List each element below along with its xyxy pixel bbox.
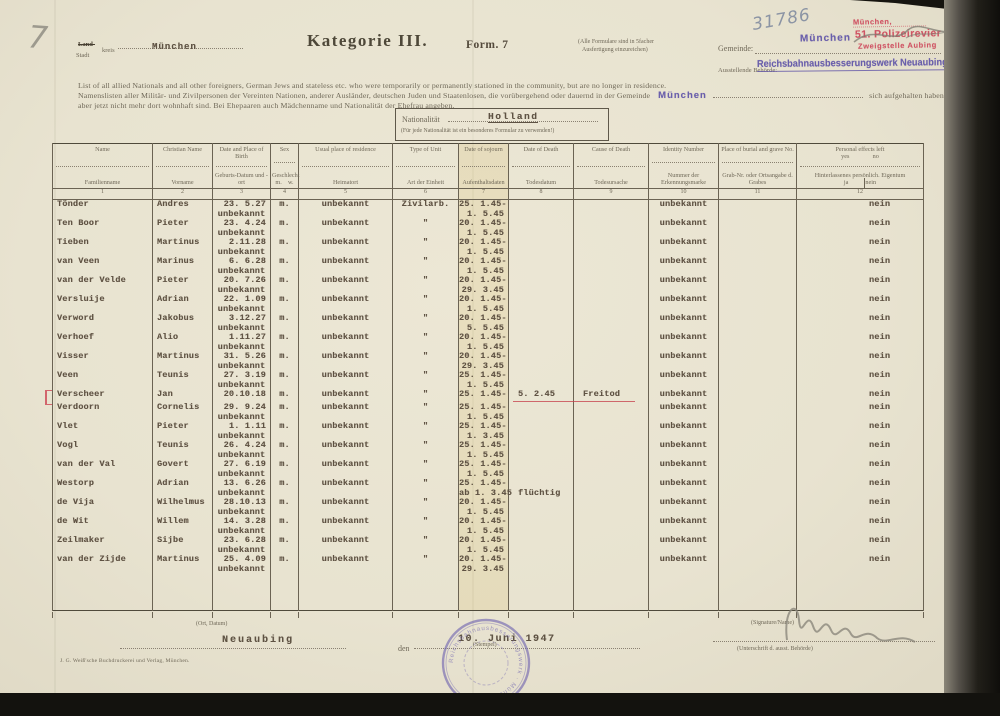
table-row: de VijaWilhelmus28.10.13unbekanntm.unbek… — [53, 498, 924, 517]
cell-firstname: Teunis — [153, 371, 213, 390]
cell-birth: 1.11.27unbekannt — [213, 333, 271, 352]
form-number: Form. 7 — [466, 39, 508, 51]
cell-sex: m. — [271, 441, 299, 460]
cell-burial — [719, 200, 797, 220]
cell-firstname: Pieter — [153, 276, 213, 295]
scanned-form-page: 7 Land- Stadt kreis München Kategorie II… — [0, 0, 1000, 716]
cell-effects: nein — [797, 371, 924, 390]
cell-unit: " — [393, 238, 459, 257]
cell-residence: unbekannt — [299, 333, 393, 352]
cell-sojourn: 25. 1.45-1. 5.45 — [459, 371, 509, 390]
cell-death-cause — [574, 333, 649, 352]
cell-firstname: Martinus — [153, 555, 213, 574]
handwritten-reference-number: 31786 — [751, 5, 813, 35]
district-kreis-label: kreis — [102, 47, 115, 55]
signature-sublabel: (Unterschrift d. ausst. Behörde) — [737, 646, 813, 653]
cell-sojourn: 25. 1.45-1. 5.45 — [459, 460, 509, 479]
cell-identity: unbekannt — [649, 498, 719, 517]
cell-burial — [719, 257, 797, 276]
column-header: Personal effects leftyes noHinterlassene… — [797, 144, 924, 189]
cell-identity: unbekannt — [649, 333, 719, 352]
cell-effects: nein — [797, 257, 924, 276]
cell-birth: 6. 6.28unbekannt — [213, 257, 271, 276]
district-value: München — [152, 42, 197, 52]
cell-identity: unbekannt — [649, 352, 719, 371]
nationality-note: (Für jede Nationalität ist ein besondere… — [401, 128, 554, 134]
cell-identity: unbekannt — [649, 403, 719, 422]
column-header: NameFamilienname — [53, 144, 153, 189]
cell-identity: unbekannt — [649, 200, 719, 220]
cell-burial — [719, 276, 797, 295]
copies-note-line1: (Alle Formulare sind in 5facher — [578, 39, 654, 46]
cell-identity: unbekannt — [649, 371, 719, 390]
cell-firstname: Pieter — [153, 219, 213, 238]
cell-effects: nein — [797, 352, 924, 371]
cell-sex: m. — [271, 517, 299, 536]
cell-death-date — [509, 441, 574, 460]
cell-death-date — [509, 517, 574, 536]
cell-death-cause — [574, 295, 649, 314]
table-row: van VeenMarinus6. 6.28unbekanntm.unbekan… — [53, 257, 924, 276]
cell-residence: unbekannt — [299, 276, 393, 295]
printer-imprint: J. G. Weiß'sche Buchdruckerei und Verlag… — [60, 658, 190, 664]
cell-death-cause — [574, 257, 649, 276]
cell-surname: Tieben — [53, 238, 153, 257]
cell-firstname: Govert — [153, 460, 213, 479]
cell-sojourn: 20. 1.45-1. 5.45 — [459, 257, 509, 276]
cell-firstname: Adrian — [153, 479, 213, 498]
cell-burial — [719, 333, 797, 352]
cell-residence: unbekannt — [299, 257, 393, 276]
cell-effects: nein — [797, 403, 924, 422]
cell-sex: m. — [271, 555, 299, 574]
cell-sex: m. — [271, 536, 299, 555]
table-row: ZeilmakerSijbe23. 6.28unbekanntm.unbekan… — [53, 536, 924, 555]
cell-sojourn: 25. 1.45-1. 3.45 — [459, 422, 509, 441]
cell-effects: nein — [797, 460, 924, 479]
cell-residence: unbekannt — [299, 371, 393, 390]
cell-residence: unbekannt — [299, 555, 393, 574]
cell-unit: " — [393, 257, 459, 276]
intro-muenchen-stamp: München — [658, 91, 707, 100]
nationality-value: Holland — [488, 111, 538, 123]
cell-sojourn: 25. 1.45-ab 1. 3.45 — [459, 479, 509, 498]
cell-birth: 25. 4.09unbekannt — [213, 555, 271, 574]
cell-burial — [719, 536, 797, 555]
cell-unit: " — [393, 352, 459, 371]
cell-death-date — [509, 219, 574, 238]
cell-death-cause — [574, 498, 649, 517]
cell-sojourn: 20. 1.45-1. 5.45 — [459, 517, 509, 536]
cell-effects: nein — [797, 333, 924, 352]
cell-sex: m. — [271, 200, 299, 220]
district-struck-label: Land- — [78, 41, 95, 49]
cell-sojourn: 20. 1.45-1. 5.45 — [459, 295, 509, 314]
cell-firstname: Cornelis — [153, 403, 213, 422]
column-number: 8 — [509, 189, 574, 200]
cell-death-cause: Freitod — [574, 390, 649, 403]
cell-death-cause — [574, 460, 649, 479]
cell-death-cause — [574, 219, 649, 238]
cell-death-cause — [574, 422, 649, 441]
district-stadt-label: Stadt — [76, 52, 89, 60]
cell-residence: unbekannt — [299, 498, 393, 517]
table-row: de WitWillem14. 3.28unbekanntm.unbekannt… — [53, 517, 924, 536]
cell-sojourn: 20. 1.45-1. 5.45 — [459, 219, 509, 238]
table-row: van der VeldePieter20. 7.26unbekanntm.un… — [53, 276, 924, 295]
cell-firstname: Andres — [153, 200, 213, 220]
cell-unit: " — [393, 403, 459, 422]
cell-identity: unbekannt — [649, 536, 719, 555]
column-number: 4 — [271, 189, 299, 200]
cell-unit: " — [393, 295, 459, 314]
cell-surname: Verdoorn — [53, 403, 153, 422]
cell-surname: van der Val — [53, 460, 153, 479]
cell-unit: Zivilarb. — [393, 200, 459, 220]
cell-burial — [719, 555, 797, 574]
cell-burial — [719, 422, 797, 441]
cell-surname: Visser — [53, 352, 153, 371]
cell-firstname: Martinus — [153, 238, 213, 257]
cell-residence: unbekannt — [299, 536, 393, 555]
cell-sojourn: 20. 1.45-1. 5.45 — [459, 333, 509, 352]
column-header: Cause of DeathTodesursache — [574, 144, 649, 189]
cell-identity: unbekannt — [649, 314, 719, 333]
cell-surname: Zeilmaker — [53, 536, 153, 555]
cell-residence: unbekannt — [299, 295, 393, 314]
cell-residence: unbekannt — [299, 460, 393, 479]
cell-burial — [719, 403, 797, 422]
cell-effects: nein — [797, 200, 924, 220]
cell-birth: 13. 6.26unbekannt — [213, 479, 271, 498]
column-header: SexGeschlechtm. w. — [271, 144, 299, 189]
cell-burial — [719, 352, 797, 371]
cell-sex: m. — [271, 333, 299, 352]
red-margin-mark — [45, 390, 52, 405]
gemeinde-label: Gemeinde: — [718, 44, 753, 53]
cell-birth: 23. 6.28unbekannt — [213, 536, 271, 555]
stempel-label: (Stempel) — [473, 642, 497, 649]
cell-identity: unbekannt — [649, 295, 719, 314]
cell-death-date — [509, 498, 574, 517]
cell-residence: unbekannt — [299, 479, 393, 498]
table-row: WestorpAdrian13. 6.26unbekanntm.unbekann… — [53, 479, 924, 498]
cell-burial — [719, 498, 797, 517]
cell-surname: Versluije — [53, 295, 153, 314]
cell-surname: Verword — [53, 314, 153, 333]
cell-firstname: Martinus — [153, 352, 213, 371]
cell-unit: " — [393, 536, 459, 555]
cell-death-cause — [574, 371, 649, 390]
cell-burial — [719, 517, 797, 536]
cell-death-cause — [574, 555, 649, 574]
cell-birth: 26. 4.24unbekannt — [213, 441, 271, 460]
cell-birth: 28.10.13unbekannt — [213, 498, 271, 517]
column-number: 11 — [719, 189, 797, 200]
cell-identity: unbekannt — [649, 555, 719, 574]
place-line — [120, 648, 346, 649]
cell-unit: " — [393, 219, 459, 238]
table-row: VersluijeAdrian22. 1.09unbekanntm.unbeka… — [53, 295, 924, 314]
signature — [775, 592, 925, 654]
cell-death-date — [509, 422, 574, 441]
cell-burial — [719, 371, 797, 390]
table-row: VeenTeunis27. 3.19unbekanntm.unbekannt"2… — [53, 371, 924, 390]
cell-unit: " — [393, 479, 459, 498]
cell-death-date — [509, 403, 574, 422]
copies-note-line2: Ausfertigung einzureichen) — [582, 47, 648, 54]
table-row: van der ValGovert27. 6.19unbekanntm.unbe… — [53, 460, 924, 479]
cell-residence: unbekannt — [299, 352, 393, 371]
table-row: VerwordJakobus3.12.27unbekanntm.unbekann… — [53, 314, 924, 333]
gemeinde-line — [755, 53, 941, 54]
cell-residence: unbekannt — [299, 200, 393, 220]
table-row: VisserMartinus31. 5.26unbekanntm.unbekan… — [53, 352, 924, 371]
table-row: TiebenMartinus2.11.28unbekanntm.unbekann… — [53, 238, 924, 257]
cell-burial — [719, 479, 797, 498]
cell-sex: m. — [271, 257, 299, 276]
cell-unit: " — [393, 422, 459, 441]
table-row: VerhoefAlio1.11.27unbekanntm.unbekannt"2… — [53, 333, 924, 352]
cell-firstname: Willem — [153, 517, 213, 536]
cell-death-date — [509, 314, 574, 333]
column-number: 12 — [797, 189, 924, 200]
cell-birth: 20. 7.26unbekannt — [213, 276, 271, 295]
cell-death-date — [509, 200, 574, 220]
cell-firstname: Pieter — [153, 422, 213, 441]
photo-edge-right — [944, 0, 1000, 716]
cell-sex: m. — [271, 403, 299, 422]
cell-sex: m. — [271, 352, 299, 371]
cell-birth: 1. 1.11unbekannt — [213, 422, 271, 441]
cell-effects: nein — [797, 536, 924, 555]
cell-sojourn: 20. 1.45-29. 3.45 — [459, 352, 509, 371]
cell-burial — [719, 314, 797, 333]
cell-unit: " — [393, 314, 459, 333]
cell-identity: unbekannt — [649, 517, 719, 536]
cell-effects: nein — [797, 219, 924, 238]
cell-sojourn: 20. 1.45-29. 3.45 — [459, 555, 509, 574]
cell-effects: nein — [797, 390, 924, 403]
cell-surname: van Veen — [53, 257, 153, 276]
cell-surname: de Wit — [53, 517, 153, 536]
cell-surname: Westorp — [53, 479, 153, 498]
cell-firstname: Teunis — [153, 441, 213, 460]
registry-table: NameFamiliennameChristian NameVornameDat… — [52, 143, 924, 611]
cell-unit: " — [393, 371, 459, 390]
cell-residence: unbekannt — [299, 219, 393, 238]
intro-line2-suffix: sich aufgehalten haben. — [869, 91, 946, 100]
cell-death-date — [509, 238, 574, 257]
cell-firstname: Jakobus — [153, 314, 213, 333]
cell-firstname: Marinus — [153, 257, 213, 276]
column-number: 5 — [299, 189, 393, 200]
nationality-label: Nationalität — [402, 115, 440, 124]
cell-sex: m. — [271, 422, 299, 441]
cell-sojourn: 20. 1.45-1. 5.45 — [459, 238, 509, 257]
nationality-box: Nationalität Holland (Für jede Nationali… — [395, 108, 609, 141]
cell-surname: van der Velde — [53, 276, 153, 295]
table-row: VoglTeunis26. 4.24unbekanntm.unbekannt"2… — [53, 441, 924, 460]
intro-line2: Namenslisten aller Militär- und Zivilper… — [78, 91, 946, 100]
cell-residence: unbekannt — [299, 517, 393, 536]
cell-birth: 23. 5.27unbekannt — [213, 200, 271, 220]
cell-unit: " — [393, 498, 459, 517]
column-header: Date and Place of BirthGeburts-Datum und… — [213, 144, 271, 189]
cell-surname: Vlet — [53, 422, 153, 441]
column-number: 10 — [649, 189, 719, 200]
cell-residence: unbekannt — [299, 422, 393, 441]
svg-text:Reichsbahnausbesserungswerk ·: Reichsbahnausbesserungswerk · München · — [448, 625, 524, 701]
cell-birth: 23. 4.24unbekannt — [213, 219, 271, 238]
cell-birth: 27. 3.19unbekannt — [213, 371, 271, 390]
cell-firstname: Sijbe — [153, 536, 213, 555]
cell-unit: " — [393, 517, 459, 536]
cell-surname: de Vija — [53, 498, 153, 517]
handwritten-page-number: 7 — [27, 19, 49, 56]
cell-birth: 22. 1.09unbekannt — [213, 295, 271, 314]
cell-effects: nein — [797, 276, 924, 295]
cell-residence: unbekannt — [299, 314, 393, 333]
cell-sojourn: 25. 1.45-1. 5.45 — [459, 441, 509, 460]
cell-identity: unbekannt — [649, 257, 719, 276]
cell-firstname: Adrian — [153, 295, 213, 314]
cell-identity: unbekannt — [649, 479, 719, 498]
cell-identity: unbekannt — [649, 238, 719, 257]
cell-death-date — [509, 295, 574, 314]
cell-death-date — [509, 555, 574, 574]
cell-unit: " — [393, 555, 459, 574]
cell-sex: m. — [271, 314, 299, 333]
cell-effects: nein — [797, 295, 924, 314]
cell-effects: nein — [797, 479, 924, 498]
signature-line — [713, 641, 935, 642]
cell-death-cause — [574, 238, 649, 257]
place-date-label: (Ort, Datum) — [196, 621, 227, 628]
cell-firstname: Alio — [153, 333, 213, 352]
cell-death-cause — [574, 403, 649, 422]
cell-effects: nein — [797, 498, 924, 517]
cell-burial — [719, 390, 797, 403]
cell-death-date — [509, 460, 574, 479]
cell-burial — [719, 219, 797, 238]
cell-sex: m. — [271, 238, 299, 257]
cell-residence: unbekannt — [299, 441, 393, 460]
cell-unit: " — [393, 333, 459, 352]
cell-surname: Tönder — [53, 200, 153, 220]
photo-edge-bottom — [0, 693, 1000, 716]
cell-death-date — [509, 536, 574, 555]
cell-identity: unbekannt — [649, 460, 719, 479]
cell-unit: " — [393, 441, 459, 460]
cell-death-date — [509, 352, 574, 371]
cell-sojourn: 20. 1.45-1. 5.45 — [459, 498, 509, 517]
cell-death-cause — [574, 517, 649, 536]
cell-firstname: Wilhelmus — [153, 498, 213, 517]
cell-death-cause — [574, 441, 649, 460]
cell-burial — [719, 295, 797, 314]
intro-line2-de: Namenslisten aller Militär- und Zivilper… — [78, 91, 650, 100]
column-header: Place of burial and grave No.Grab-Nr. od… — [719, 144, 797, 189]
cell-death-cause — [574, 276, 649, 295]
table-row: VerdoornCornelis29. 9.24unbekanntm.unbek… — [53, 403, 924, 422]
column-header: Date of sojournAufenthaltsdaten — [459, 144, 509, 189]
table-row: VletPieter1. 1.11unbekanntm.unbekannt"25… — [53, 422, 924, 441]
cell-sex: m. — [271, 371, 299, 390]
cell-death-cause — [574, 314, 649, 333]
cell-death-cause — [574, 536, 649, 555]
cell-surname: Verhoef — [53, 333, 153, 352]
cell-sex: m. — [271, 498, 299, 517]
cell-burial — [719, 238, 797, 257]
cell-identity: unbekannt — [649, 441, 719, 460]
cell-identity: unbekannt — [649, 219, 719, 238]
cell-identity: unbekannt — [649, 422, 719, 441]
cell-unit: " — [393, 276, 459, 295]
column-number: 6 — [393, 189, 459, 200]
cell-sojourn: 20. 1.45-1. 5.45 — [459, 536, 509, 555]
cell-sex: m. — [271, 460, 299, 479]
cell-sojourn: 20. 1.45-5. 5.45 — [459, 314, 509, 333]
cell-sojourn: 20. 1.45-29. 3.45 — [459, 276, 509, 295]
column-number: 1 — [53, 189, 153, 200]
cell-surname: Vogl — [53, 441, 153, 460]
cell-death-cause — [574, 479, 649, 498]
cell-effects: nein — [797, 314, 924, 333]
cell-identity: unbekannt — [649, 276, 719, 295]
authority-stamp: Reichsbahnausbesserungswerk Neuaubing — [757, 57, 948, 72]
cell-birth: 27. 6.19unbekannt — [213, 460, 271, 479]
column-header: Christian NameVorname — [153, 144, 213, 189]
cell-surname: Veen — [53, 371, 153, 390]
cell-death-date — [509, 333, 574, 352]
cell-death-date — [509, 371, 574, 390]
column-header: Identity NumberNummer der Erkennungsmark… — [649, 144, 719, 189]
table-row: TönderAndres23. 5.27unbekanntm.unbekannt… — [53, 200, 924, 220]
column-number: 2 — [153, 189, 213, 200]
den-label: den — [398, 644, 410, 653]
cell-surname: Ten Boor — [53, 219, 153, 238]
cell-death-date: flüchtig — [509, 479, 574, 498]
cell-residence: unbekannt — [299, 403, 393, 422]
cell-surname: van der Zijde — [53, 555, 153, 574]
intro-dotted-filler — [713, 97, 863, 98]
cell-unit: " — [393, 460, 459, 479]
table-row: van der ZijdeMartinus25. 4.09unbekanntm.… — [53, 555, 924, 574]
place-value: Neuaubing — [222, 635, 294, 646]
cell-sex: m. — [271, 295, 299, 314]
cell-death-date — [509, 257, 574, 276]
cell-sojourn: 25. 1.45-1. 5.45 — [459, 200, 509, 220]
column-number: 9 — [574, 189, 649, 200]
cell-sex: m. — [271, 479, 299, 498]
form-title: Kategorie III. — [307, 31, 428, 51]
cell-death-date: 5. 2.45 — [509, 390, 574, 403]
cell-effects: nein — [797, 441, 924, 460]
cell-effects: nein — [797, 555, 924, 574]
column-number: 7 — [459, 189, 509, 200]
intro-line1-en: List of all allied Nationals and all oth… — [78, 81, 946, 90]
cell-birth: 3.12.27unbekannt — [213, 314, 271, 333]
cell-effects: nein — [797, 517, 924, 536]
cell-birth: 31. 5.26unbekannt — [213, 352, 271, 371]
cell-birth: 14. 3.28unbekannt — [213, 517, 271, 536]
cell-sex: m. — [271, 276, 299, 295]
column-header: Usual place of residenceHeimatort — [299, 144, 393, 189]
cell-effects: nein — [797, 238, 924, 257]
cell-death-cause — [574, 200, 649, 220]
cell-burial — [719, 460, 797, 479]
